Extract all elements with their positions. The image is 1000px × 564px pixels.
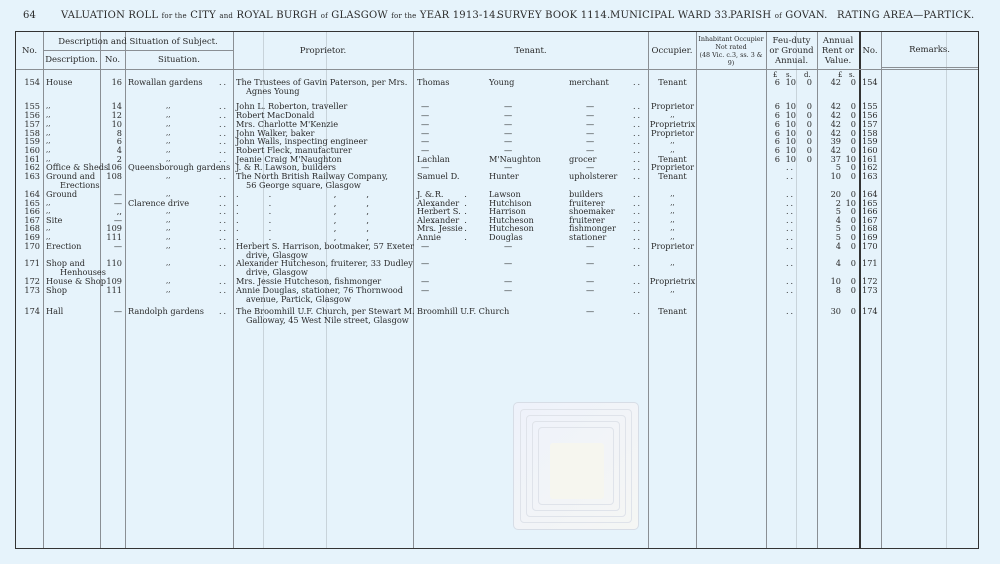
row-feu-blank: .. [786, 242, 795, 251]
row-occupier: Tenant [649, 307, 696, 316]
leader-dots: .. [219, 78, 228, 87]
col-situation: Situation. [125, 50, 233, 69]
row-feu-blank: .. [786, 286, 795, 295]
row-number: 163 [18, 172, 40, 181]
row-description: ,, [46, 224, 50, 233]
leader-dots: .. [633, 224, 642, 233]
leader-dots: .. [219, 137, 228, 146]
valuation-table: No. Description and Situation of Subject… [15, 31, 979, 549]
row-rent-shillings: 0 [844, 286, 856, 295]
row-feu-blank: .. [786, 163, 795, 172]
col-remarks: Remarks. [881, 32, 978, 67]
row-occupier: Proprietor [649, 102, 696, 111]
col-proprietor: Proprietor. [233, 32, 413, 69]
rating-area: RATING AREA—PARTICK. [837, 10, 974, 21]
row-tenant-first: — [421, 259, 429, 268]
row-occupier: ,, [649, 137, 696, 146]
row-rent-pounds: 30 [820, 307, 841, 316]
row-rent-shillings: 0 [844, 242, 856, 251]
row-rent-pounds: 10 [820, 172, 841, 181]
row-rent-pounds: 42 [820, 78, 841, 87]
survey-book: SURVEY BOOK 1114. [497, 10, 610, 21]
row-number-right: 154 [862, 78, 878, 87]
leader-dots: .. [633, 242, 642, 251]
rule [817, 32, 818, 548]
row-number-right: 170 [862, 242, 878, 251]
row-tenant-last: Young [489, 78, 514, 87]
row-description: House [46, 78, 72, 87]
row-occupier: Tenant [649, 78, 696, 87]
row-occupier: ,, [649, 286, 696, 295]
row-feu-pounds: 6 [768, 78, 780, 87]
row-situation: ,, [166, 207, 170, 216]
row-occupier: Proprietrix [649, 277, 696, 286]
rule [881, 32, 882, 548]
leader-dots: .. [219, 307, 228, 316]
row-tenant-last: — [504, 286, 512, 295]
row-street-no: 110 [102, 259, 122, 268]
faint-rule [946, 32, 947, 548]
leader-dots: .. [633, 286, 642, 295]
leader-dots: .. [219, 163, 228, 172]
leader-dots: .. [219, 111, 228, 120]
leader-dots: .. [633, 259, 642, 268]
leader-dots: .. [219, 277, 228, 286]
row-number: 174 [18, 307, 40, 316]
row-description: Shop [46, 286, 67, 295]
roll-title: VALUATION ROLL for the CITY and ROYAL BU… [61, 10, 499, 21]
rule [233, 32, 234, 548]
rule [766, 32, 767, 548]
leader-dots: .. [219, 190, 228, 199]
row-proprietor: Galloway, 45 West Nile street, Glasgow [246, 316, 409, 325]
row-street-no: 111 [102, 286, 122, 295]
leader-dots: .. [633, 207, 642, 216]
row-rent-pounds: 4 [820, 242, 841, 251]
col-tenant: Tenant. [413, 32, 648, 69]
row-tenant-last: M'Naughton [489, 155, 541, 164]
row-feu-blank: .. [786, 277, 795, 286]
row-tenant-last: Hunter [489, 172, 519, 181]
row-feu-blank: .. [786, 233, 795, 242]
page-number: 64 [23, 10, 36, 21]
faint-rule [796, 32, 797, 548]
leader-dots: .. [633, 78, 642, 87]
row-number: 171 [18, 259, 40, 268]
row-situation: ,, [166, 102, 170, 111]
row-tenant-first: Samuel D. [417, 172, 459, 181]
row-tenant-first: Thomas [417, 78, 450, 87]
row-tenant-trade: — [586, 242, 594, 251]
row-situation: ,, [166, 111, 170, 120]
leader-dots: .. [633, 137, 642, 146]
row-feu-pounds: 6 [768, 155, 780, 164]
col-occupier: Occupier. [648, 32, 696, 69]
col-inhabitant-occupier: Inhabitant Occupier Not rated (48 Vic. c… [696, 34, 766, 68]
row-situation: ,, [166, 120, 170, 129]
rule [125, 32, 126, 548]
row-description: Ground [46, 190, 77, 199]
col-no-right: No. [859, 32, 881, 69]
leader-dots: .. [633, 111, 642, 120]
row-number-right: 173 [862, 286, 878, 295]
row-description: Erection [46, 242, 81, 251]
row-rent-pounds: 4 [820, 259, 841, 268]
row-situation: ,, [166, 172, 170, 181]
row-feu-blank: .. [786, 259, 795, 268]
row-situation: Rowallan gardens [128, 78, 203, 87]
row-tenant-trade: — [586, 307, 594, 316]
leader-dots: .. [633, 233, 642, 242]
leader-dots: .. [219, 207, 228, 216]
leader-dots: .. [633, 102, 642, 111]
row-tenant-first: — [421, 286, 429, 295]
row-occupier: Proprietor [649, 242, 696, 251]
leader-dots: .. [633, 163, 642, 172]
leader-dots: .. [219, 259, 228, 268]
leader-dots: .. [219, 242, 228, 251]
row-proprietor: Agnes Young [246, 87, 300, 96]
leader-dots: .. [633, 277, 642, 286]
row-number-right: 174 [862, 307, 878, 316]
row-situation: Clarence drive [128, 199, 189, 208]
row-tenant-trade: merchant [569, 78, 609, 87]
row-description: ,, [46, 111, 50, 120]
municipal-ward: MUNICIPAL WARD 33. [610, 10, 731, 21]
leader-dots: .. [219, 286, 228, 295]
row-situation: ,, [166, 233, 170, 242]
rule [413, 32, 414, 548]
row-situation: ,, [166, 137, 170, 146]
row-description: ,, [46, 120, 50, 129]
row-situation: ,, [166, 259, 170, 268]
row-situation: ,, [166, 286, 170, 295]
rule [696, 32, 697, 548]
col-street-no: No. [100, 50, 125, 69]
row-tenant-last: — [504, 259, 512, 268]
leader-dots: .. [219, 233, 228, 242]
row-occupier: ,, [649, 224, 696, 233]
row-tenant-first: — [421, 242, 429, 251]
row-situation: ,, [166, 277, 170, 286]
header-bottom-rule [16, 69, 978, 70]
row-proprietor: avenue, Partick, Glasgow [246, 295, 351, 304]
row-description: Hall [46, 307, 63, 316]
leader-dots: .. [219, 172, 228, 181]
col-annual-rent: Annual Rent or Value. [817, 34, 859, 68]
row-tenant-trade: — [586, 286, 594, 295]
row-description: ,, [46, 137, 50, 146]
leader-dots: .. [633, 146, 642, 155]
parish: PARISH of GOVAN. [730, 10, 828, 21]
row-street-no: — [102, 307, 122, 316]
rule [859, 32, 861, 548]
row-feu-blank: .. [786, 207, 795, 216]
rule [43, 32, 44, 548]
row-rent-shillings: 0 [844, 78, 856, 87]
row-number-right: 171 [862, 259, 878, 268]
row-description: ,, [46, 146, 50, 155]
leader-dots: .. [633, 172, 642, 181]
row-feu-pence: 0 [802, 78, 812, 87]
row-feu-blank: .. [786, 190, 795, 199]
rule [881, 67, 978, 68]
rule [100, 32, 101, 548]
row-street-no: 16 [102, 78, 122, 87]
row-situation: ,, [166, 224, 170, 233]
col-feu-duty: Feu-duty or Ground Annual. [766, 34, 817, 68]
leader-dots: .. [219, 102, 228, 111]
row-feu-blank: .. [786, 224, 795, 233]
row-tenant-first: Broomhill U.F. Church [417, 307, 509, 316]
leader-dots: .. [633, 307, 642, 316]
row-feu-blank: .. [786, 307, 795, 316]
page-header: 64 VALUATION ROLL for the CITY and ROYAL… [0, 10, 1000, 26]
leader-dots: .. [219, 146, 228, 155]
row-rent-shillings: 0 [844, 172, 856, 181]
row-situation: ,, [166, 242, 170, 251]
col-group-description: Description and Situation of Subject. [43, 33, 233, 50]
leader-dots: .. [633, 190, 642, 199]
row-number: 170 [18, 242, 40, 251]
col-description: Description. [43, 50, 100, 69]
row-number-right: 163 [862, 172, 878, 181]
row-rent-shillings: 0 [844, 307, 856, 316]
row-feu-shillings: 10 [782, 78, 796, 87]
row-occupier: ,, [649, 207, 696, 216]
row-rent-shillings: 0 [844, 259, 856, 268]
row-street-no: — [102, 242, 122, 251]
leader-dots: .. [219, 120, 228, 129]
row-rent-pounds: 8 [820, 286, 841, 295]
row-street-no: 108 [102, 172, 122, 181]
row-situation: Randolph gardens [128, 307, 204, 316]
security-tag-sticker [513, 402, 639, 530]
row-tenant-last: — [504, 242, 512, 251]
leader-dots: .. [219, 224, 228, 233]
row-occupier: Tenant [649, 172, 696, 181]
row-number: 173 [18, 286, 40, 295]
row-occupier: ,, [649, 190, 696, 199]
row-occupier: ,, [649, 259, 696, 268]
row-description: ,, [46, 102, 50, 111]
row-situation: Queensborough gardens [128, 163, 230, 172]
leader-dots: .. [633, 120, 642, 129]
row-tenant-trade: — [586, 259, 594, 268]
row-feu-blank: .. [786, 172, 795, 181]
row-number: 154 [18, 78, 40, 87]
row-tenant-trade: upholsterer [569, 172, 617, 181]
col-no: No. [16, 32, 43, 69]
row-feu-pence: 0 [802, 155, 812, 164]
row-situation: ,, [166, 146, 170, 155]
